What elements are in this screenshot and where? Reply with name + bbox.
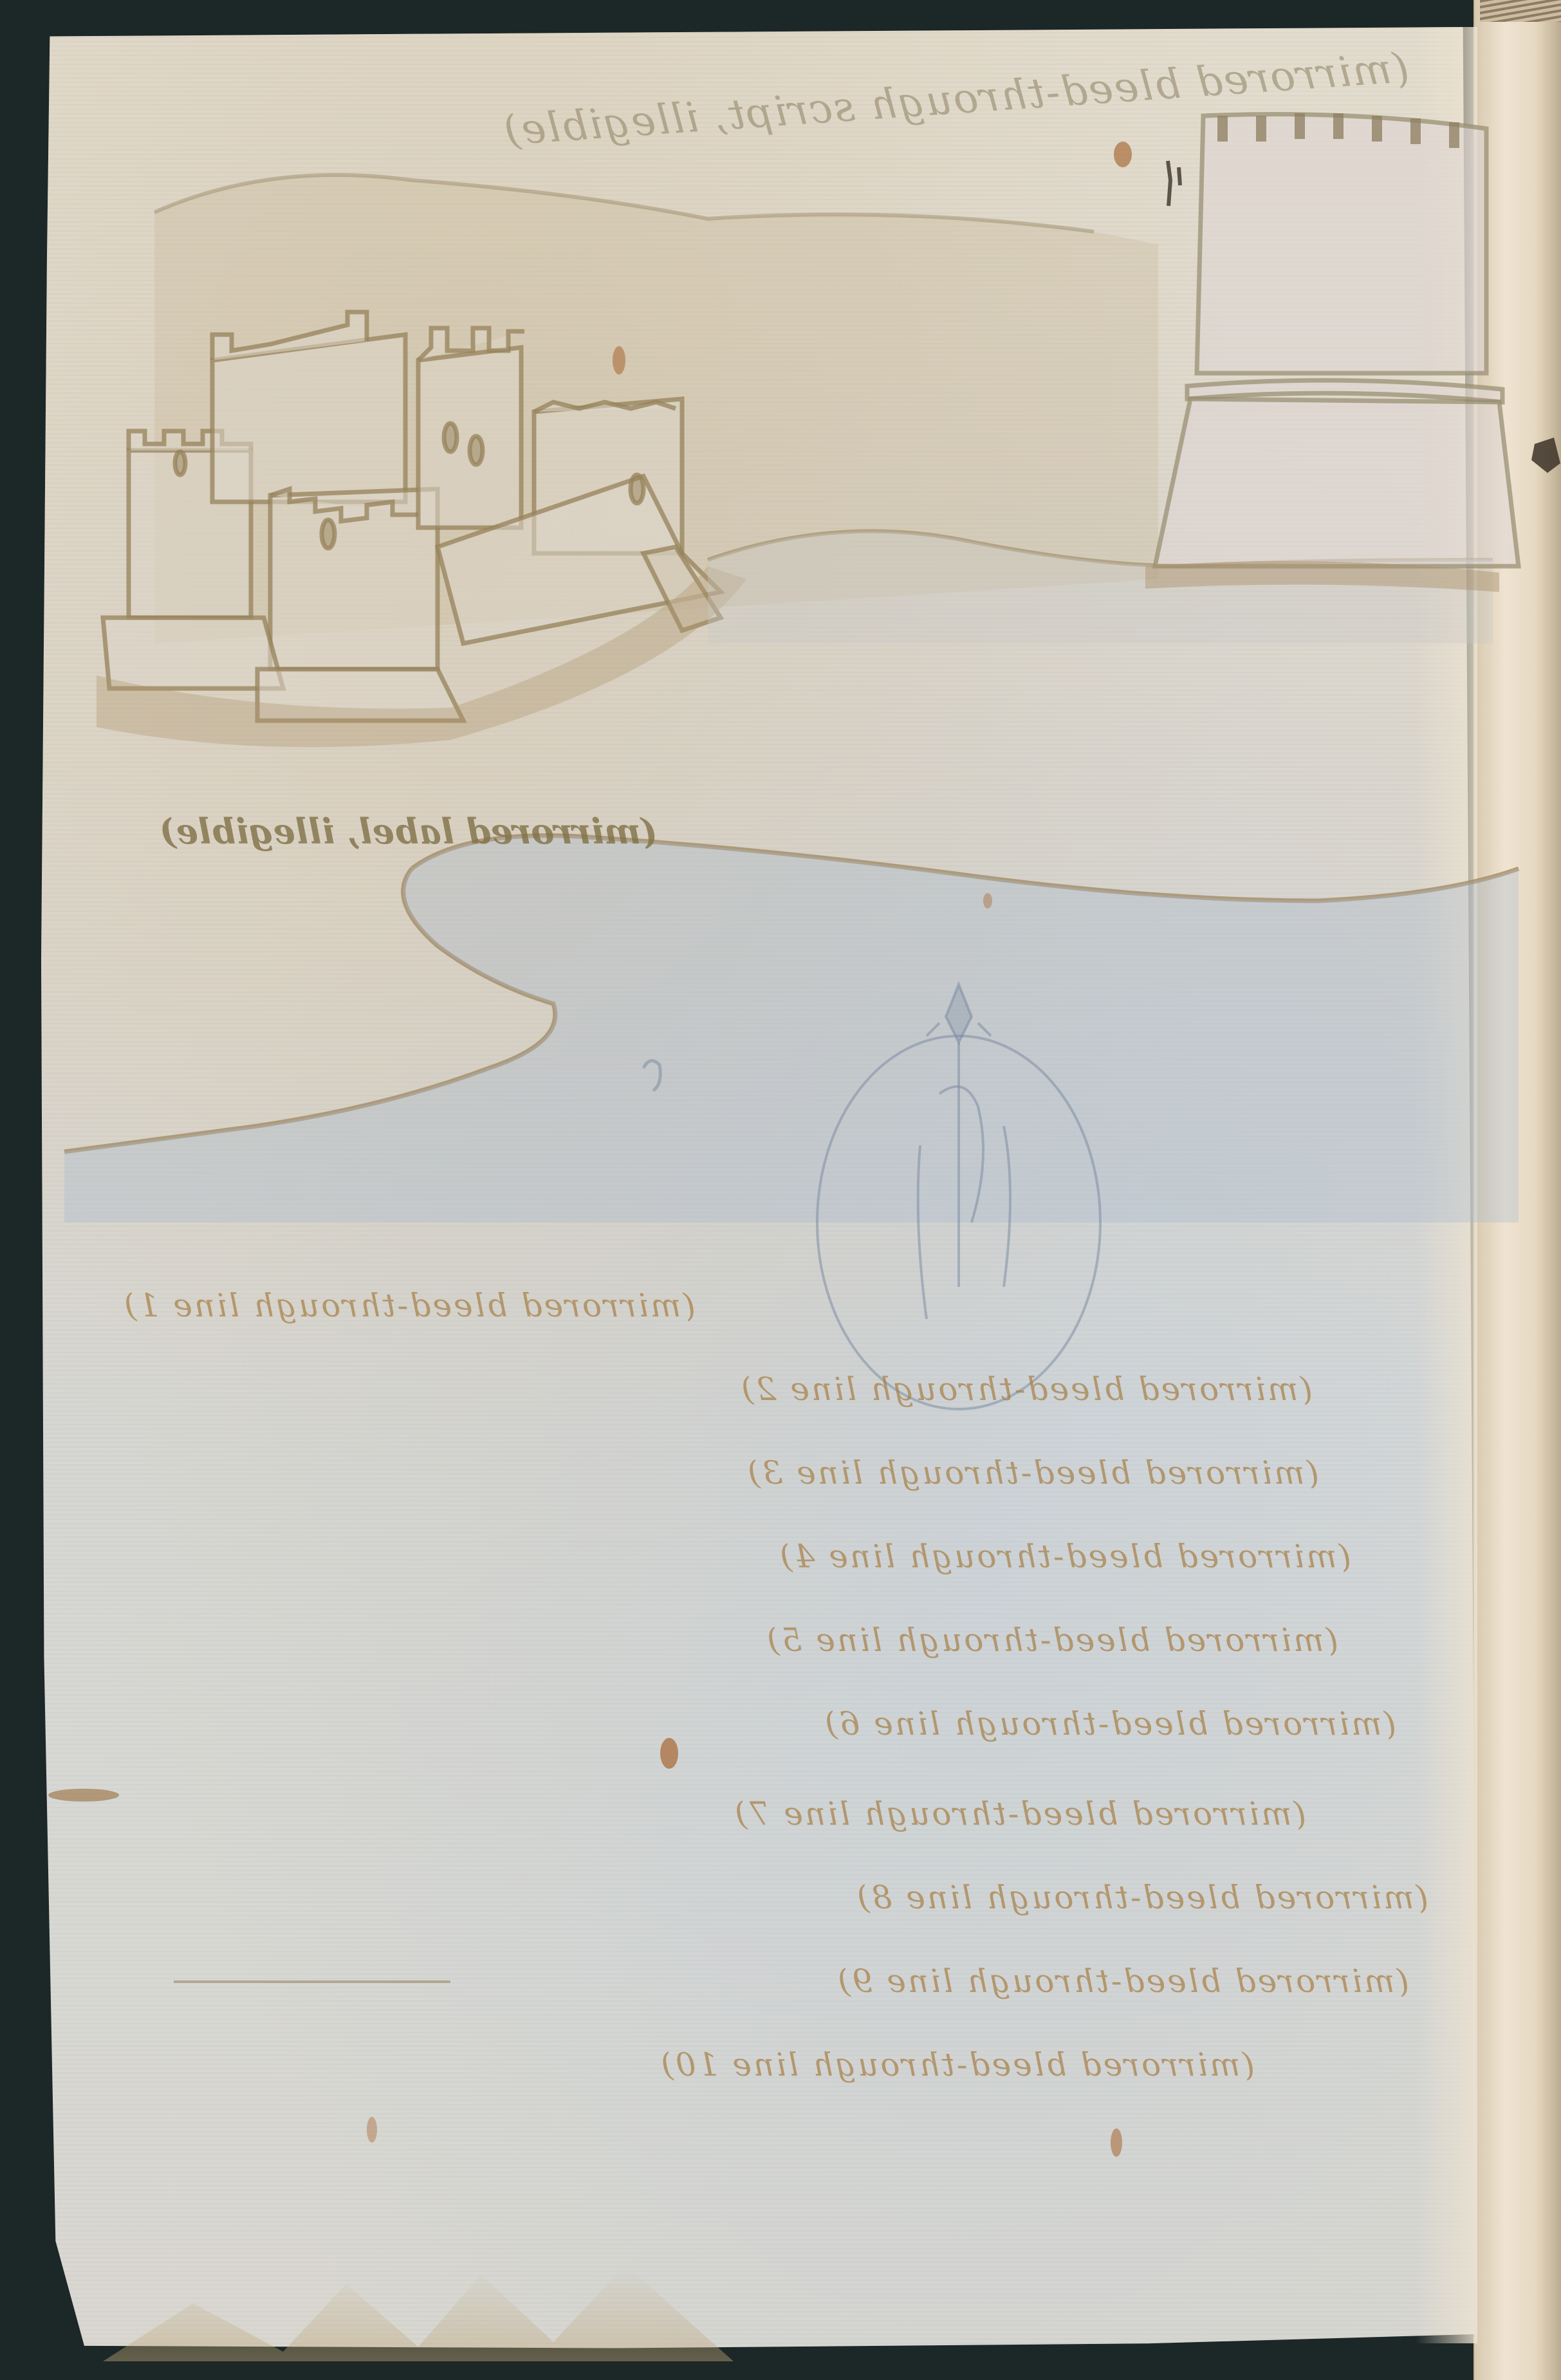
text-line: (mirrored bleed-through line 5) — [193, 1621, 1338, 1655]
text-line: (mirrored bleed-through line 6) — [174, 1705, 1396, 1739]
text-line: (mirrored bleed-through line 7) — [212, 1795, 1306, 1829]
ink-blot — [1531, 438, 1560, 473]
ink-stain — [983, 893, 992, 909]
ink-stain — [660, 1738, 678, 1769]
text-line: (mirrored bleed-through line 1) — [122, 1287, 1506, 1320]
illustration-layer — [0, 0, 1561, 2380]
ink-stain — [613, 346, 625, 374]
text-line: (mirrored bleed-through line 2) — [296, 1370, 1313, 1404]
text-line: (mirrored bleed-through line 9) — [219, 1962, 1409, 1996]
ink-stain — [48, 1789, 119, 1802]
ink-stain — [367, 2117, 377, 2143]
ink-stain — [1114, 142, 1132, 167]
place-label: (mirrored label, illegible) — [160, 811, 658, 852]
ink-spatter — [1168, 161, 1180, 206]
water-wash — [64, 836, 1519, 1222]
ink-stain — [1111, 2128, 1122, 2157]
round-tower-drawing — [1155, 113, 1519, 566]
text-line: (mirrored bleed-through line 3) — [174, 1454, 1319, 1488]
text-line: (mirrored bleed-through line 10) — [322, 2046, 1255, 2080]
text-line: (mirrored bleed-through line 4) — [206, 1538, 1351, 1571]
text-line: (mirrored bleed-through line 8) — [206, 1879, 1428, 1912]
